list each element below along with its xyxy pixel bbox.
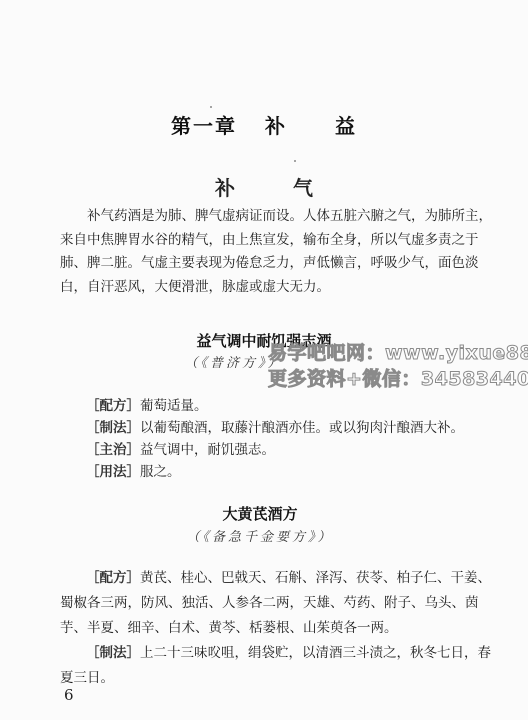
recipe2-formula: ［配方］黄芪、桂心、巴戟天、石斛、泽泻、茯苓、柏子仁、干姜、蜀椒各三两，防风、独… <box>60 566 502 641</box>
item-text: 葡萄适量。 <box>140 398 208 414</box>
page-number: 6 <box>64 686 74 704</box>
watermark-line2: 更多资料+微信：3458344044 <box>268 364 528 391</box>
recipe1-method: ［制法］以葡萄酿酒，取藤汁酿酒亦佳。或以狗肉汁酿酒大补。 <box>86 418 464 438</box>
recipe2-title: 大黄芪酒方 <box>0 503 524 524</box>
item-text: 以葡萄酿酒，取藤汁酿酒亦佳。或以狗肉汁酿酒大补。 <box>140 420 464 436</box>
item-text: 益气调中，耐饥强志。 <box>140 442 275 458</box>
item-label: ［主治］ <box>86 442 140 458</box>
item-label: ［配方］ <box>86 398 140 414</box>
recipe1-indication: ［主治］益气调中，耐饥强志。 <box>86 440 275 460</box>
watermark-line1: 易学吧吧网：www.yixue88.cn <box>268 338 528 365</box>
item-label: ［用法］ <box>86 464 140 480</box>
recipe2-source: （《备急千金要方》） <box>0 526 524 545</box>
scan-speck <box>294 160 296 162</box>
recipe2-method: ［制法］上二十三味㕮咀，绢袋贮，以清酒三斗渍之，秋冬七日，春夏三日。 <box>60 641 502 691</box>
section-title: 补气 <box>0 172 528 201</box>
formula-label: ［配方］ <box>86 570 140 586</box>
scan-speck <box>210 106 212 108</box>
section-title-char1: 补 <box>215 176 235 200</box>
chapter-title: 第一章补益 <box>0 110 528 139</box>
chapter-prefix: 第一章 <box>171 114 237 138</box>
recipe1-formula: ［配方］葡萄适量。 <box>86 396 208 416</box>
recipe1-usage: ［用法］服之。 <box>86 462 181 482</box>
section-title-char2: 气 <box>293 176 313 200</box>
method-label: ［制法］ <box>86 645 140 661</box>
item-label: ［制法］ <box>86 420 140 436</box>
intro-paragraph: 补气药酒是为肺、脾气虚病证而设。人体五脏六腑之气，为肺所主，来自中焦脾胃水谷的精… <box>60 205 498 299</box>
chapter-title-part1: 补 <box>265 114 287 138</box>
chapter-title-part2: 益 <box>335 114 357 138</box>
book-page: 第一章补益 补气 补气药酒是为肺、脾气虚病证而设。人体五脏六腑之气，为肺所主，来… <box>0 0 528 720</box>
item-text: 服之。 <box>140 464 181 480</box>
